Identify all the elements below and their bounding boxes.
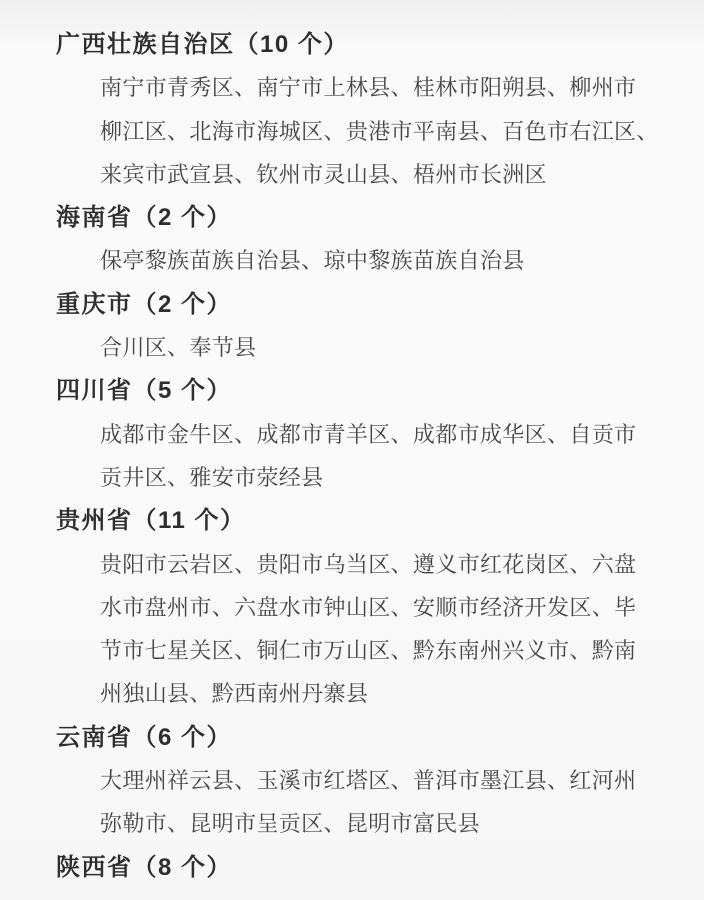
region-list-line: 合川区、奉节县 — [100, 326, 704, 369]
province-heading: 海南省（2 个） — [56, 196, 704, 239]
province-section: 贵州省（11 个）贵阳市云岩区、贵阳市乌当区、遵义市红花岗区、六盘水市盘州市、六… — [0, 499, 704, 715]
province-heading: 广西壮族自治区（10 个） — [56, 23, 704, 66]
document-page: 广西壮族自治区（10 个）南宁市青秀区、南宁市上林县、桂林市阳朔县、柳州市柳江区… — [0, 0, 704, 889]
region-list-line: 水市盘州市、六盘水市钟山区、安顺市经济开发区、毕 — [100, 586, 704, 629]
region-list-line: 节市七星关区、铜仁市万山区、黔东南州兴义市、黔南 — [100, 629, 704, 672]
province-heading: 四川省（5 个） — [56, 369, 704, 412]
province-section: 广西壮族自治区（10 个）南宁市青秀区、南宁市上林县、桂林市阳朔县、柳州市柳江区… — [0, 23, 704, 196]
province-heading: 重庆市（2 个） — [56, 283, 704, 326]
region-list-line: 大理州祥云县、玉溪市红塔区、普洱市墨江县、红河州 — [100, 759, 704, 802]
province-section: 云南省（6 个）大理州祥云县、玉溪市红塔区、普洱市墨江县、红河州弥勒市、昆明市呈… — [0, 716, 704, 846]
region-list-line: 贵阳市云岩区、贵阳市乌当区、遵义市红花岗区、六盘 — [100, 543, 704, 586]
region-list-line: 州独山县、黔西南州丹寨县 — [100, 672, 704, 715]
province-heading: 陕西省（8 个） — [56, 846, 704, 889]
province-section: 陕西省（8 个） — [0, 846, 704, 889]
province-section: 四川省（5 个）成都市金牛区、成都市青羊区、成都市成华区、自贡市贡井区、雅安市荥… — [0, 369, 704, 499]
region-list-line: 成都市金牛区、成都市青羊区、成都市成华区、自贡市 — [100, 413, 704, 456]
province-heading: 云南省（6 个） — [56, 716, 704, 759]
province-section: 重庆市（2 个）合川区、奉节县 — [0, 283, 704, 370]
province-section: 海南省（2 个）保亭黎族苗族自治县、琼中黎族苗族自治县 — [0, 196, 704, 283]
region-list-line: 柳江区、北海市海城区、贵港市平南县、百色市右江区、 — [100, 110, 704, 153]
region-list-line: 弥勒市、昆明市呈贡区、昆明市富民县 — [100, 802, 704, 845]
region-list-line: 保亭黎族苗族自治县、琼中黎族苗族自治县 — [100, 239, 704, 282]
province-heading: 贵州省（11 个） — [56, 499, 704, 542]
region-list-line: 来宾市武宣县、钦州市灵山县、梧州市长洲区 — [100, 153, 704, 196]
region-list-line: 南宁市青秀区、南宁市上林县、桂林市阳朔县、柳州市 — [100, 66, 704, 109]
region-list-line: 贡井区、雅安市荥经县 — [100, 456, 704, 499]
